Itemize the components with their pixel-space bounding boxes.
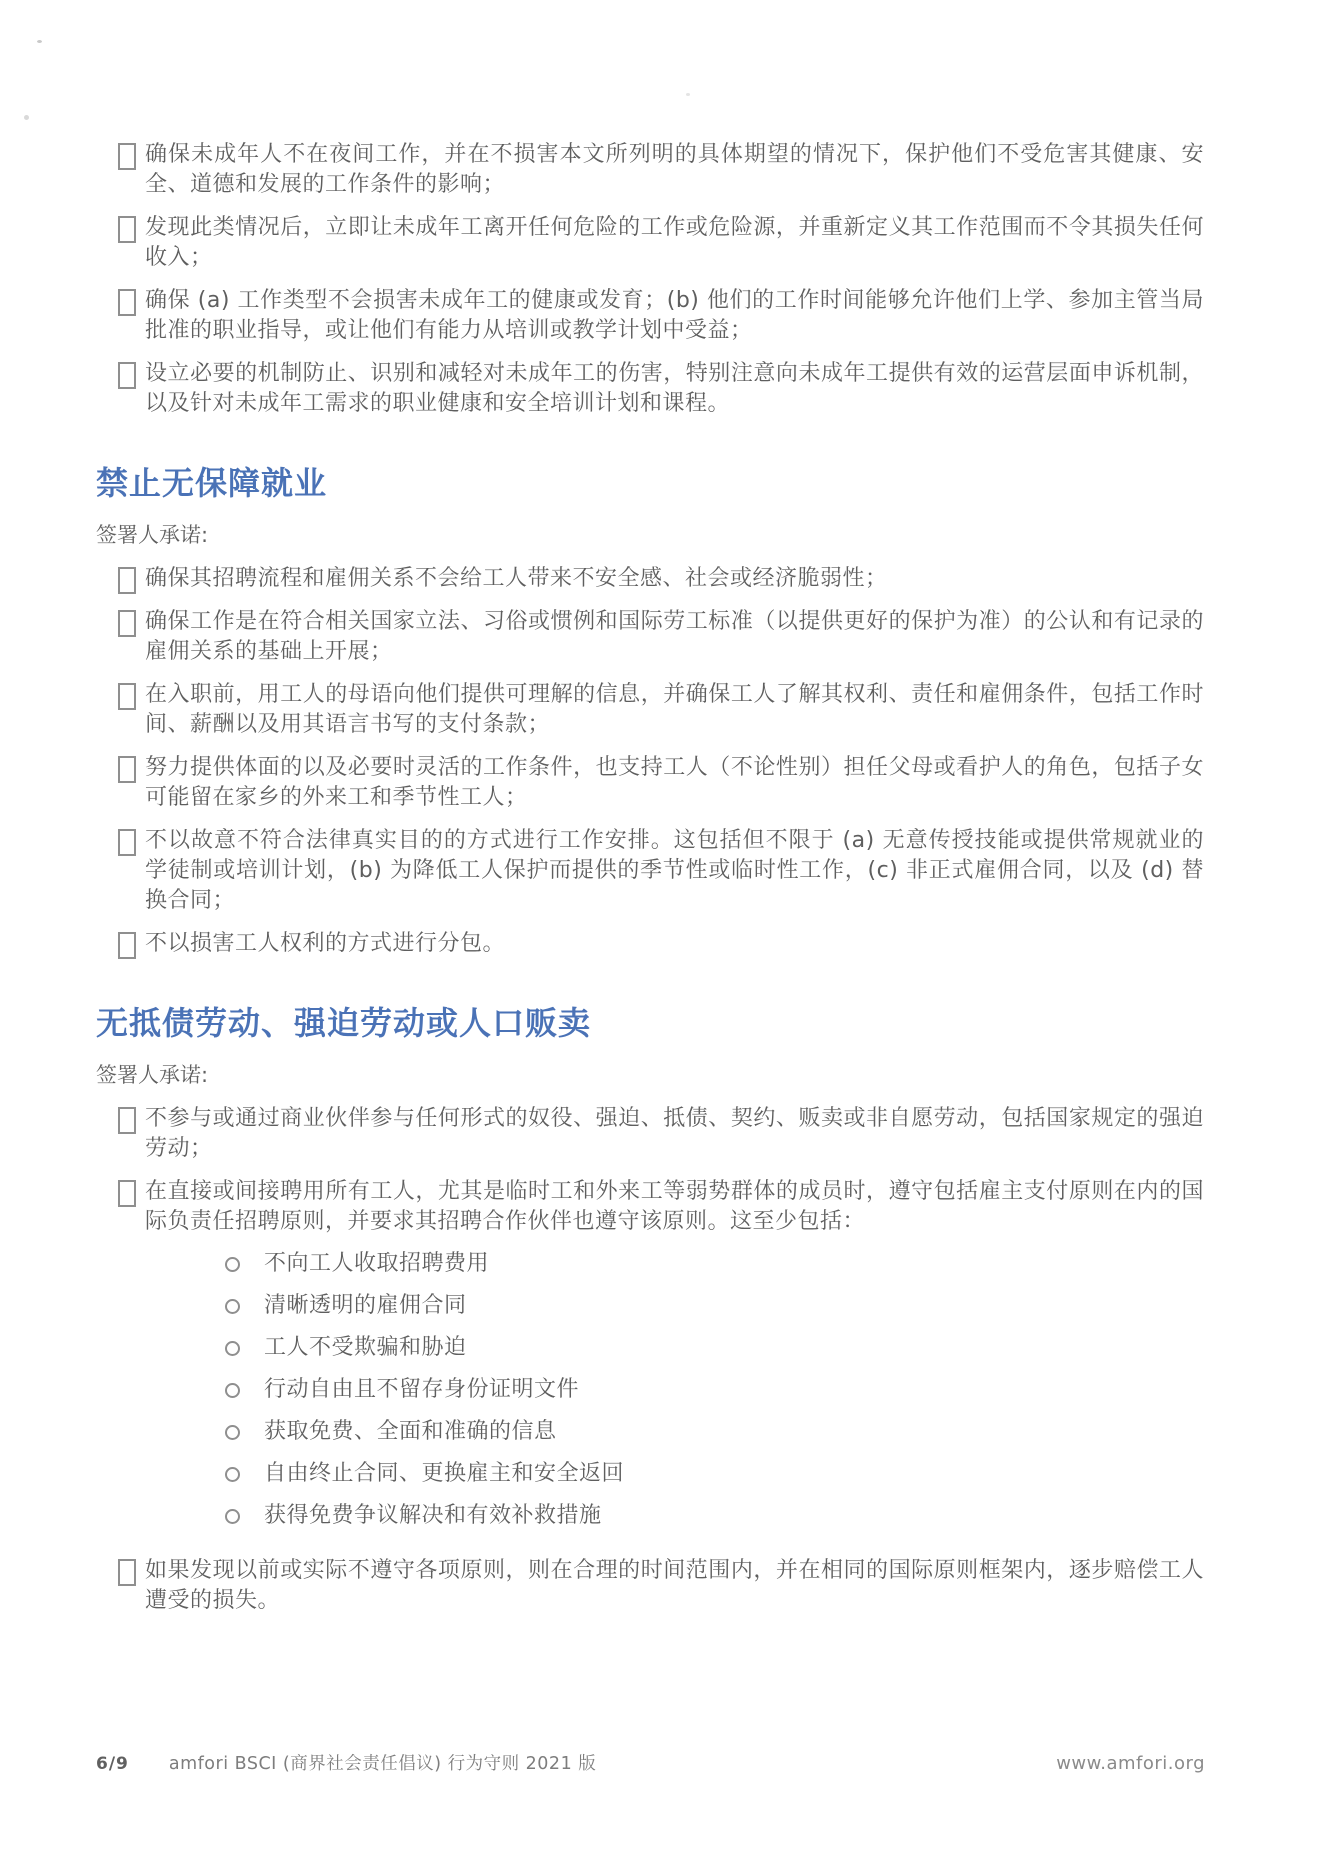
section-intro: 签署人承诺: [96, 1062, 1204, 1088]
circle-bullet-icon [225, 1383, 240, 1398]
sub-bullet-list: 不向工人收取招聘费用 清晰透明的雇佣合同 工人不受欺骗和胁迫 行动自由且不留存身… [145, 1249, 1204, 1531]
bullet-text: 不以损害工人权利的方式进行分包。 [145, 929, 505, 959]
circle-bullet-icon [225, 1341, 240, 1356]
square-bullet-icon [118, 756, 136, 783]
bullet-text: 确保其招聘流程和雇佣关系不会给工人带来不安全感、社会或经济脆弱性； [145, 564, 888, 594]
bullet-item: 设立必要的机制防止、识别和减轻对未成年工的伤害，特别注意向未成年工提供有效的运营… [96, 359, 1204, 419]
sub-bullet-text: 不向工人收取招聘费用 [264, 1249, 489, 1279]
square-bullet-icon [118, 683, 136, 710]
square-bullet-icon [118, 1180, 136, 1207]
bullet-text: 不以故意不符合法律真实目的的方式进行工作安排。这包括但不限于 (a) 无意传授技… [145, 826, 1204, 916]
square-bullet-icon [118, 362, 136, 389]
square-bullet-icon [118, 1559, 136, 1586]
bullet-item: 在直接或间接聘用所有工人，尤其是临时工和外来工等弱势群体的成员时，遵守包括雇主支… [96, 1177, 1204, 1543]
bullet-text: 确保未成年人不在夜间工作，并在不损害本文所列明的具体期望的情况下，保护他们不受危… [145, 140, 1204, 200]
sub-bullet-item: 工人不受欺骗和胁迫 [145, 1333, 1204, 1363]
section-intro: 签署人承诺: [96, 522, 1204, 548]
sub-bullet-text: 获取免费、全面和准确的信息 [264, 1417, 557, 1447]
sub-bullet-item: 获取免费、全面和准确的信息 [145, 1417, 1204, 1447]
bullet-text: 在直接或间接聘用所有工人，尤其是临时工和外来工等弱势群体的成员时，遵守包括雇主支… [145, 1179, 1204, 1234]
sub-bullet-item: 行动自由且不留存身份证明文件 [145, 1375, 1204, 1405]
square-bullet-icon [118, 216, 136, 243]
circle-bullet-icon [225, 1467, 240, 1482]
bullet-text: 努力提供体面的以及必要时灵活的工作条件，也支持工人（不论性别）担任父母或看护人的… [145, 753, 1204, 813]
square-bullet-icon [118, 567, 136, 594]
footer-website: www.amfori.org [1056, 1753, 1205, 1774]
circle-bullet-icon [225, 1425, 240, 1440]
bullet-item: 不参与或通过商业伙伴参与任何形式的奴役、强迫、抵债、契约、贩卖或非自愿劳动，包括… [96, 1104, 1204, 1164]
scan-artifact [686, 93, 690, 96]
sub-bullet-text: 清晰透明的雇佣合同 [264, 1291, 467, 1321]
bullet-item: 确保 (a) 工作类型不会损害未成年工的健康或发育；(b) 他们的工作时间能够允… [96, 286, 1204, 346]
bullet-item: 确保工作是在符合相关国家立法、习俗或惯例和国际劳工标准（以提供更好的保护为准）的… [96, 607, 1204, 667]
bullet-text: 发现此类情况后，立即让未成年工离开任何危险的工作或危险源，并重新定义其工作范围而… [145, 213, 1204, 273]
bullet-item: 在入职前，用工人的母语向他们提供可理解的信息，并确保工人了解其权利、责任和雇佣条… [96, 680, 1204, 740]
sub-bullet-item: 自由终止合同、更换雇主和安全返回 [145, 1459, 1204, 1489]
sub-bullet-text: 获得免费争议解决和有效补救措施 [264, 1501, 602, 1531]
bullet-text: 不参与或通过商业伙伴参与任何形式的奴役、强迫、抵债、契约、贩卖或非自愿劳动，包括… [145, 1104, 1204, 1164]
square-bullet-icon [118, 289, 136, 316]
bullet-item: 发现此类情况后，立即让未成年工离开任何危险的工作或危险源，并重新定义其工作范围而… [96, 213, 1204, 273]
square-bullet-icon [118, 610, 136, 637]
page-content: 确保未成年人不在夜间工作，并在不损害本文所列明的具体期望的情况下，保护他们不受危… [96, 140, 1204, 1629]
bullet-text: 设立必要的机制防止、识别和减轻对未成年工的伤害，特别注意向未成年工提供有效的运营… [145, 359, 1204, 419]
bullet-text: 在入职前，用工人的母语向他们提供可理解的信息，并确保工人了解其权利、责任和雇佣条… [145, 680, 1204, 740]
page-footer: 6/9 amfori BSCI (商界社会责任倡议) 行为守则 2021 版 w… [96, 1750, 1205, 1775]
bullet-item: 不以损害工人权利的方式进行分包。 [96, 929, 1204, 959]
document-page: 确保未成年人不在夜间工作，并在不损害本文所列明的具体期望的情况下，保护他们不受危… [0, 0, 1322, 1869]
sub-bullet-item: 不向工人收取招聘费用 [145, 1249, 1204, 1279]
bullet-item: 如果发现以前或实际不遵守各项原则，则在合理的时间范围内，并在相同的国际原则框架内… [96, 1556, 1204, 1616]
sub-bullet-text: 工人不受欺骗和胁迫 [264, 1333, 467, 1363]
square-bullet-icon [118, 1107, 136, 1134]
sub-bullet-item: 清晰透明的雇佣合同 [145, 1291, 1204, 1321]
square-bullet-icon [118, 143, 136, 170]
circle-bullet-icon [225, 1299, 240, 1314]
bullet-item: 努力提供体面的以及必要时灵活的工作条件，也支持工人（不论性别）担任父母或看护人的… [96, 753, 1204, 813]
bullet-item: 不以故意不符合法律真实目的的方式进行工作安排。这包括但不限于 (a) 无意传授技… [96, 826, 1204, 916]
section-heading: 禁止无保障就业 [96, 464, 1204, 502]
bullet-text: 确保 (a) 工作类型不会损害未成年工的健康或发育；(b) 他们的工作时间能够允… [145, 286, 1204, 346]
scan-artifact [37, 40, 42, 43]
page-number: 6/9 [96, 1754, 129, 1774]
bullet-text: 确保工作是在符合相关国家立法、习俗或惯例和国际劳工标准（以提供更好的保护为准）的… [145, 607, 1204, 667]
footer-document-title: amfori BSCI (商界社会责任倡议) 行为守则 2021 版 [169, 1750, 596, 1775]
bullet-text-with-sublist: 在直接或间接聘用所有工人，尤其是临时工和外来工等弱势群体的成员时，遵守包括雇主支… [145, 1177, 1204, 1543]
circle-bullet-icon [225, 1257, 240, 1272]
sub-bullet-item: 获得免费争议解决和有效补救措施 [145, 1501, 1204, 1531]
bullet-text: 如果发现以前或实际不遵守各项原则，则在合理的时间范围内，并在相同的国际原则框架内… [145, 1556, 1204, 1616]
bullet-item: 确保其招聘流程和雇佣关系不会给工人带来不安全感、社会或经济脆弱性； [96, 564, 1204, 594]
bullet-item: 确保未成年人不在夜间工作，并在不损害本文所列明的具体期望的情况下，保护他们不受危… [96, 140, 1204, 200]
sub-bullet-text: 自由终止合同、更换雇主和安全返回 [264, 1459, 624, 1489]
circle-bullet-icon [225, 1509, 240, 1524]
square-bullet-icon [118, 829, 136, 856]
scan-artifact [24, 115, 29, 120]
section-heading: 无抵债劳动、强迫劳动或人口贩卖 [96, 1004, 1204, 1042]
sub-bullet-text: 行动自由且不留存身份证明文件 [264, 1375, 579, 1405]
square-bullet-icon [118, 932, 136, 959]
